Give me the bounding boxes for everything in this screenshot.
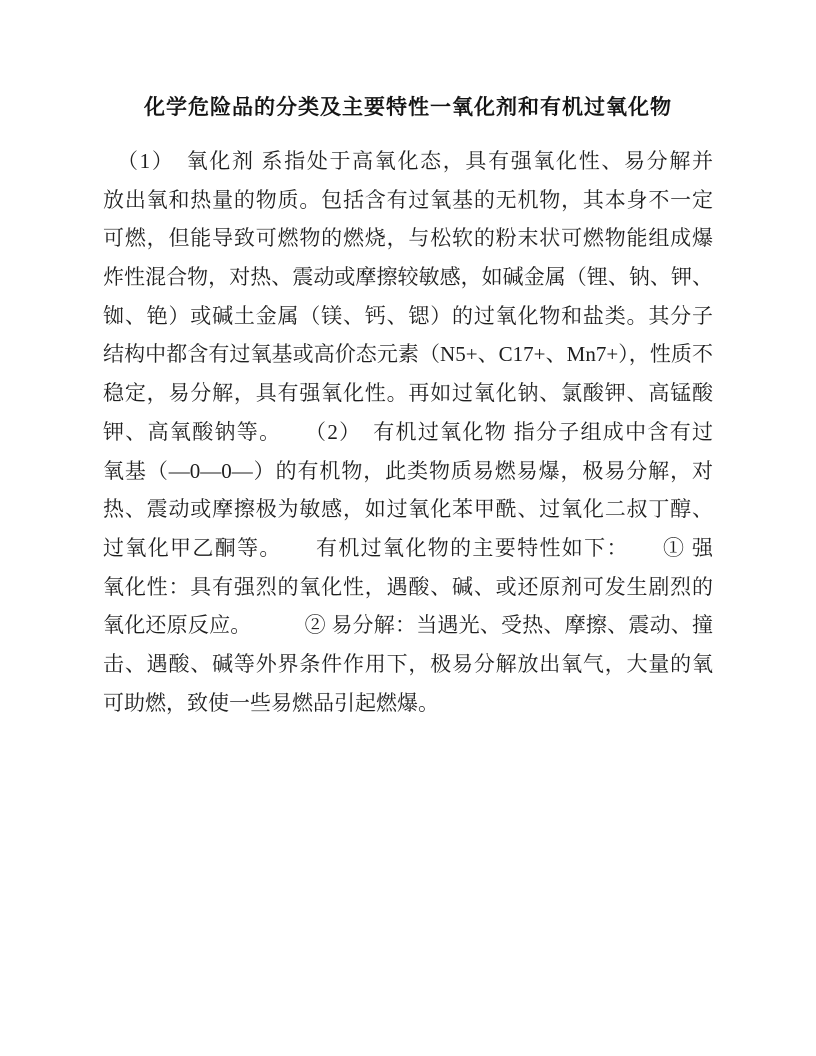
text-line: 击、遇酸、碱等外界条件作用下，极易分解放出氧气，大量的氧: [103, 645, 713, 684]
page-title: 化学危险品的分类及主要特性一氧化剂和有机过氧化物: [0, 0, 816, 122]
text-line: （1） 氧化剂 系指处于高氧化态，具有强氧化性、易分解并: [103, 142, 713, 181]
text-line: 可助燃，致使一些易燃品引起燃爆。: [103, 684, 713, 723]
text-line: 炸性混合物，对热、震动或摩擦较敏感，如碱金属（锂、钠、钾、: [103, 258, 713, 297]
text-line: 钾、高氧酸钠等。 （2） 有机过氧化物 指分子组成中含有过: [103, 413, 713, 452]
text-line: 放出氧和热量的物质。包括含有过氧基的无机物，其本身不一定: [103, 181, 713, 220]
text-line: 稳定，易分解，具有强氧化性。再如过氧化钠、氯酸钾、高锰酸: [103, 374, 713, 413]
text-line: 可燃，但能导致可燃物的燃烧，与松软的粉末状可燃物能组成爆: [103, 219, 713, 258]
text-line: 氧化还原反应。 ② 易分解：当遇光、受热、摩擦、震动、撞: [103, 606, 713, 645]
text-line: 过氧化甲乙酮等。 有机过氧化物的主要特性如下： ① 强: [103, 529, 713, 568]
document-body: （1） 氧化剂 系指处于高氧化态，具有强氧化性、易分解并 放出氧和热量的物质。包…: [103, 142, 713, 722]
document-page: 化学危险品的分类及主要特性一氧化剂和有机过氧化物 （1） 氧化剂 系指处于高氧化…: [0, 0, 816, 1056]
text-line: 结构中都含有过氧基或高价态元素（N5+、C17+、Mn7+），性质不: [103, 335, 713, 374]
text-line: 铷、铯）或碱土金属（镁、钙、锶）的过氧化物和盐类。其分子: [103, 297, 713, 336]
text-line: 氧基（—0—0—）的有机物，此类物质易燃易爆，极易分解，对: [103, 452, 713, 491]
text-line: 氧化性：具有强烈的氧化性，遇酸、碱、或还原剂可发生剧烈的: [103, 568, 713, 607]
text-line: 热、震动或摩擦极为敏感，如过氧化苯甲酰、过氧化二叔丁醇、: [103, 490, 713, 529]
